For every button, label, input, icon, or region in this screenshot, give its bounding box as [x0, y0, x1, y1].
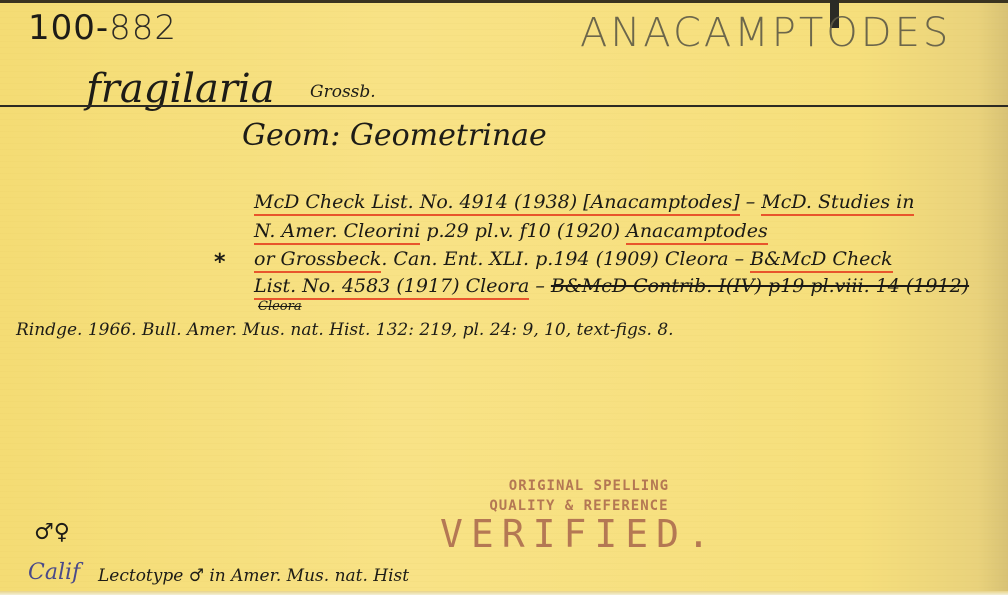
- reference-line: List. No. 4583 (1917) Cleora – B&McD Con…: [254, 275, 969, 297]
- reference-segment: –: [740, 191, 762, 213]
- reference-segment: –: [529, 275, 551, 297]
- reference-line: McD Check List. No. 4914 (1938) [Anacamp…: [254, 191, 914, 213]
- reference-segment: B&McD Contrib. I(IV) p19 pl.viii. 14 (19…: [551, 275, 969, 297]
- classification: Geom: Geometrinae: [242, 118, 547, 153]
- sex-symbols: ♂♀: [34, 520, 70, 545]
- stamp-line-3: VERIFIED.: [440, 514, 718, 554]
- genus-heading-pencil: ANACAMPTODES: [580, 10, 951, 56]
- reference-segment: B&McD Check: [750, 248, 892, 273]
- card-rule-line: [0, 105, 1008, 107]
- reference-segment: p.29 pl.v. f10 (1920): [420, 220, 626, 242]
- catalog-number: 100-882: [28, 8, 177, 48]
- rindge-reference: Rindge. 1966. Bull. Amer. Mus. nat. Hist…: [16, 320, 674, 340]
- specimen-index-card: 100-882 ANACAMPTODES fragilaria Grossb. …: [0, 0, 1008, 595]
- reference-line: N. Amer. Cleorini p.29 pl.v. f10 (1920) …: [254, 220, 768, 242]
- reference-segment: N. Amer. Cleorini: [254, 220, 420, 245]
- stamp-line-1: ORIGINAL SPELLING: [460, 478, 718, 494]
- reference-segment: McD. Studies in: [761, 191, 914, 216]
- reference-segment: List. No. 4583 (1917) Cleora: [254, 275, 529, 300]
- verified-stamp: ORIGINAL SPELLING QUALITY & REFERENCE VE…: [440, 478, 718, 554]
- reference-segment: . Can. Ent. XLI. p.194 (1909) Cleora –: [381, 248, 750, 270]
- star-marker: *: [214, 250, 226, 275]
- locality: Calif: [28, 560, 80, 585]
- species-author: Grossb.: [310, 82, 376, 102]
- reference-segment: or Grossbeck: [254, 248, 381, 273]
- catalog-number-suffix: 882: [109, 8, 177, 48]
- reference-line: or Grossbeck. Can. Ent. XLI. p.194 (1909…: [254, 248, 893, 270]
- lectotype-note: Lectotype ♂ in Amer. Mus. nat. Hist: [98, 566, 409, 586]
- struck-cleora-insert: Cleora: [258, 299, 302, 314]
- card-bottom-edge: [0, 591, 1008, 595]
- reference-segment: Anacamptodes: [626, 220, 768, 245]
- catalog-number-prefix: 100-: [28, 8, 109, 48]
- reference-segment: McD Check List. No. 4914 (1938) [Anacamp…: [254, 191, 740, 216]
